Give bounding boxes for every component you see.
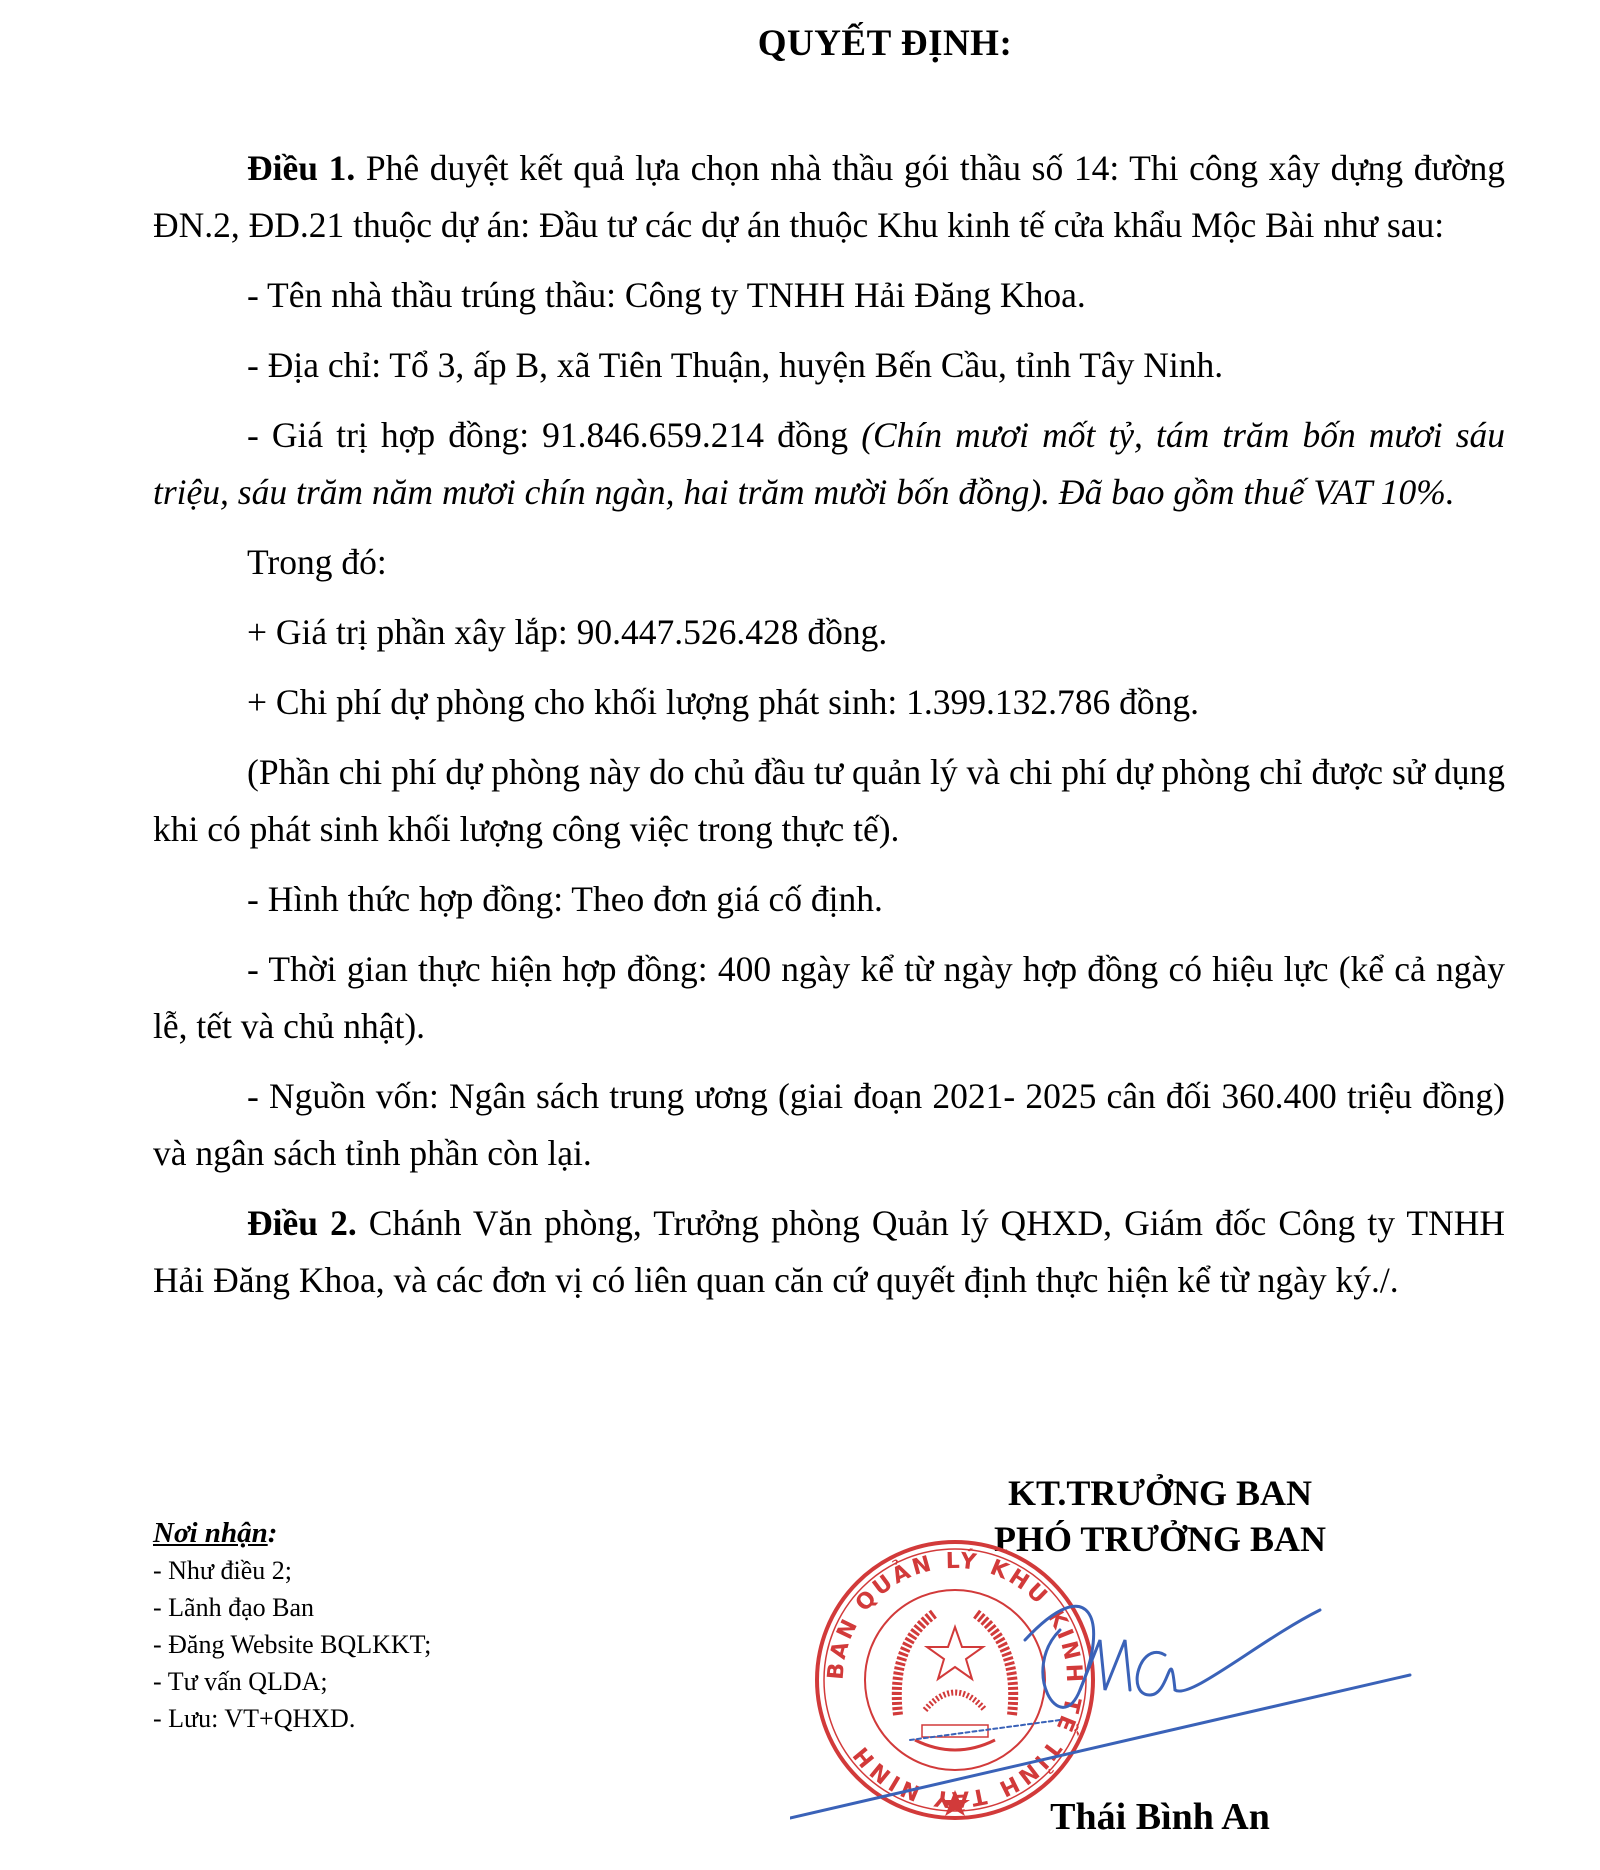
signer-title-line-1: KT.TRƯỞNG BAN [900,1470,1420,1516]
article-1: Điều 1. Phê duyệt kết quả lựa chọn nhà t… [153,140,1505,254]
recipients-heading: Nơi nhận: [153,1515,431,1552]
construction-value: + Giá trị phần xây lắp: 90.447.526.428 đ… [153,604,1505,661]
contingency-note: (Phần chi phí dự phòng này do chủ đầu tư… [153,744,1505,858]
recipient-item: - Lưu: VT+QHXD. [153,1700,431,1737]
contract-duration: - Thời gian thực hiện hợp đồng: 400 ngày… [153,941,1505,1055]
contract-type: - Hình thức hợp đồng: Theo đơn giá cố đị… [153,871,1505,928]
recipients-list: Nơi nhận: - Như điều 2; - Lãnh đạo Ban -… [153,1515,431,1737]
contingency-value: + Chi phí dự phòng cho khối lượng phát s… [153,674,1505,731]
document-body: Điều 1. Phê duyệt kết quả lựa chọn nhà t… [153,140,1505,1309]
article-1-text: Phê duyệt kết quả lựa chọn nhà thầu gói … [153,148,1505,245]
article-2-text: Chánh Văn phòng, Trưởng phòng Quản lý QH… [153,1203,1505,1300]
recipient-item: - Lãnh đạo Ban [153,1589,431,1626]
article-2-label: Điều 2. [247,1203,357,1243]
recipient-item: - Như điều 2; [153,1552,431,1589]
breakdown-intro: Trong đó: [153,534,1505,591]
article-2: Điều 2. Chánh Văn phòng, Trưởng phòng Qu… [153,1195,1505,1309]
recipient-item: - Tư vấn QLDA; [153,1663,431,1700]
contract-value-amount: - Giá trị hợp đồng: 91.846.659.214 đồng [247,415,861,455]
contract-value: - Giá trị hợp đồng: 91.846.659.214 đồng … [153,407,1505,521]
contractor-name: - Tên nhà thầu trúng thầu: Công ty TNHH … [153,267,1505,324]
funding-source: - Nguồn vốn: Ngân sách trung ương (giai … [153,1068,1505,1182]
recipient-item: - Đăng Website BQLKKT; [153,1626,431,1663]
signer-name: Thái Bình An [900,1795,1420,1839]
document-title: QUYẾT ĐỊNH: [0,22,1600,65]
recipients-heading-text: Nơi nhận [153,1517,268,1549]
recipients-heading-colon: : [268,1517,278,1549]
article-1-label: Điều 1. [247,148,355,188]
contractor-address: - Địa chỉ: Tổ 3, ấp B, xã Tiên Thuận, hu… [153,337,1505,394]
